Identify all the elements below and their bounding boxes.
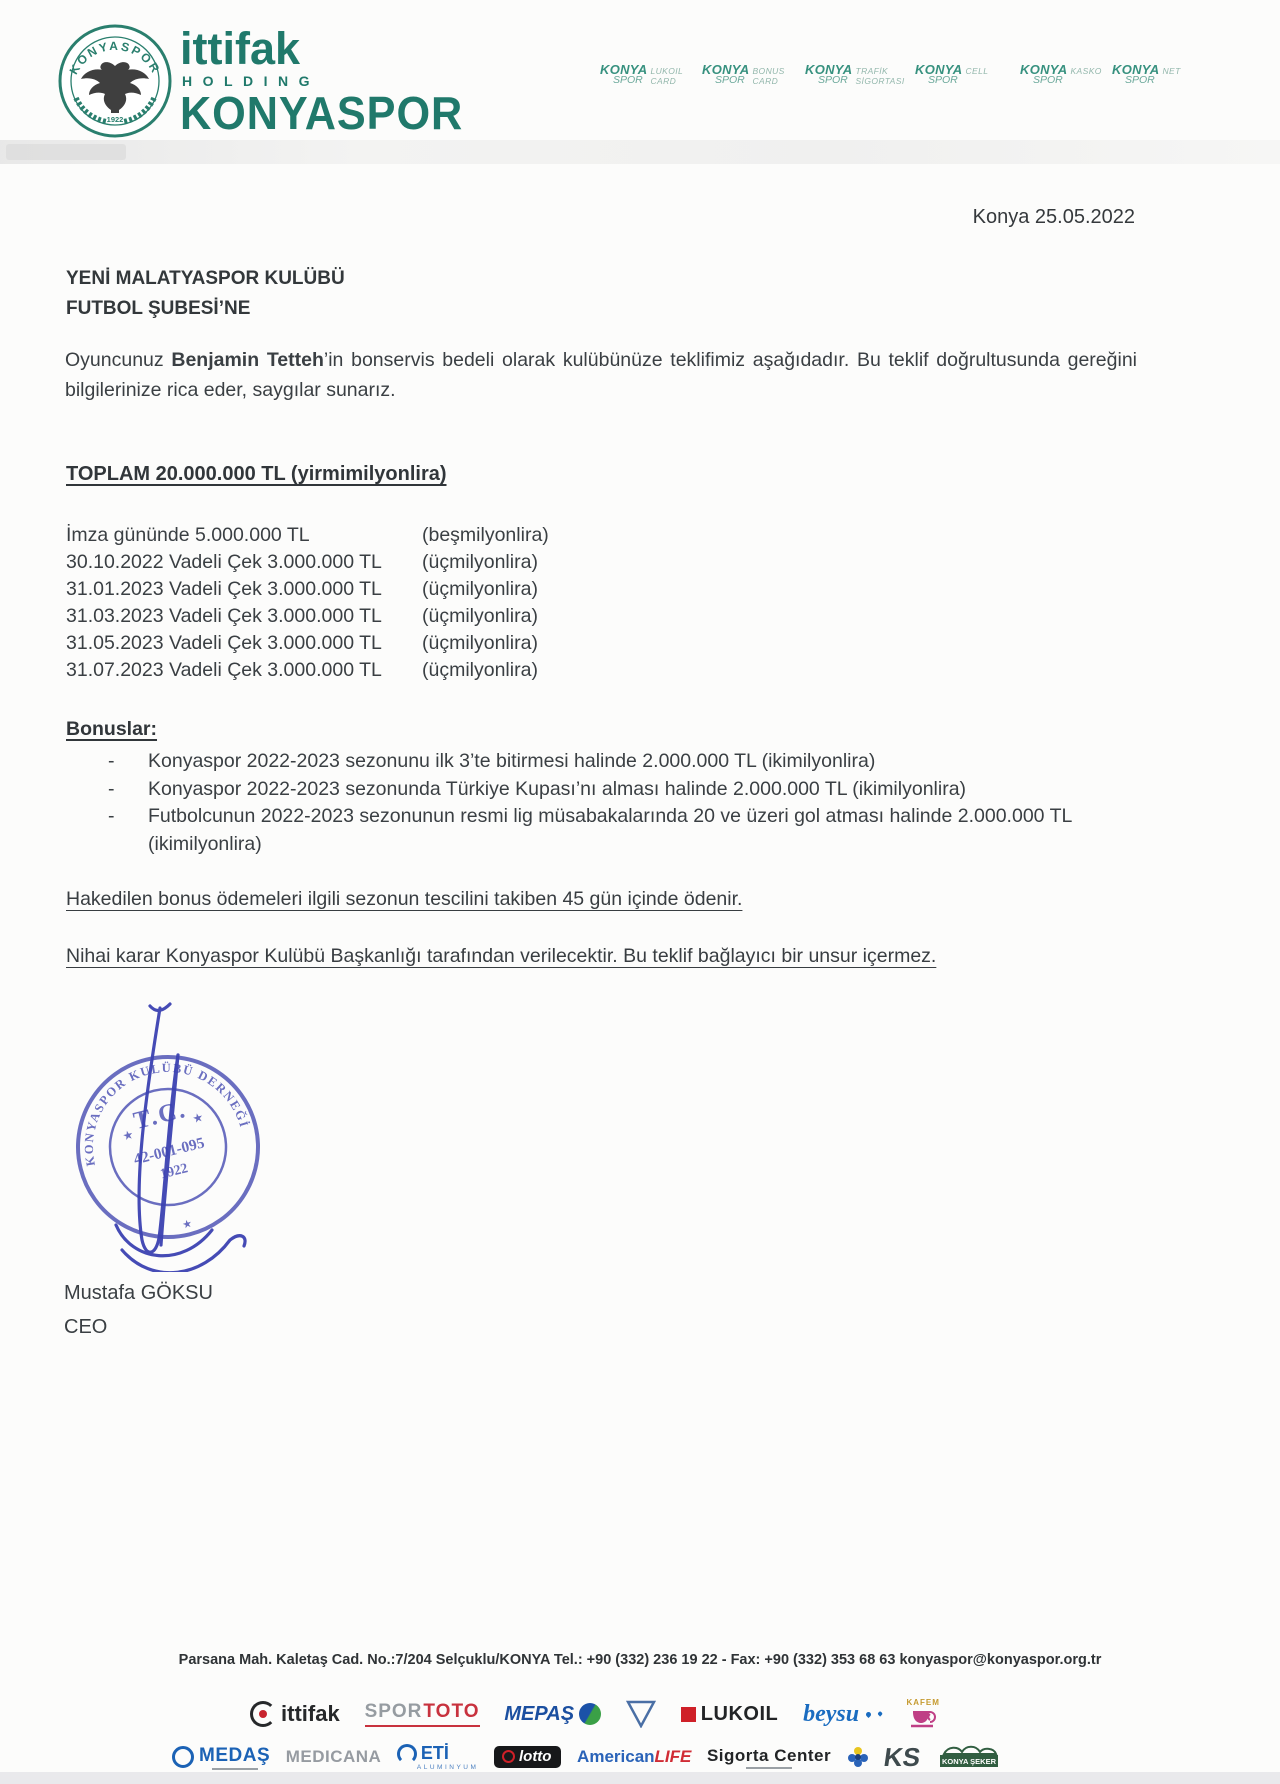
signature-block: Mustafa GÖKSU CEO bbox=[64, 1276, 213, 1344]
schedule-words: (üçmilyonlira) bbox=[422, 603, 538, 630]
schedule-amount: İmza gününde 5.000.000 TL bbox=[66, 522, 422, 549]
scan-artifact-smudge bbox=[6, 144, 126, 160]
payment-schedule: İmza gününde 5.000.000 TL(beşmilyonlira)… bbox=[66, 522, 549, 684]
brand-ittifak: ittifak bbox=[180, 26, 481, 71]
bonus-heading: Bonuslar: bbox=[66, 718, 157, 741]
medas-subline bbox=[212, 1768, 258, 1770]
stamp-star-bottom: ★ bbox=[181, 1218, 194, 1232]
mark-tag2: CARD bbox=[650, 76, 683, 86]
crest-year: 1922 bbox=[107, 115, 124, 124]
sigorta-center-text: Sigorta Center bbox=[707, 1746, 831, 1766]
eti-text: ETİ bbox=[421, 1743, 449, 1764]
mepas-globe-icon bbox=[579, 1703, 601, 1725]
addressee-line-2: FUTBOL ŞUBESİ’NE bbox=[66, 294, 345, 324]
schedule-amount: 31.01.2023 Vadeli Çek 3.000.000 TL bbox=[66, 576, 422, 603]
kafem-logo: KAFEM bbox=[906, 1698, 939, 1730]
schedule-row: 30.10.2022 Vadeli Çek 3.000.000 TL(üçmil… bbox=[66, 549, 549, 576]
bullet-dash: - bbox=[108, 748, 148, 776]
scanned-letter-page: KONYASPOR 1922 ittifak HOLDING KONYASPOR… bbox=[0, 0, 1280, 1784]
sportoto-spor-text: SPOR bbox=[365, 1701, 423, 1723]
schedule-amount: 31.05.2023 Vadeli Çek 3.000.000 TL bbox=[66, 630, 422, 657]
sigorta-center-logo: Sigorta Center bbox=[707, 1746, 831, 1769]
mark-sub: SPOR bbox=[1033, 75, 1067, 86]
medas-logo: MEDAŞ bbox=[172, 1745, 270, 1770]
bonus-item: -Konyaspor 2022-2023 sezonunu ilk 3’te b… bbox=[66, 748, 1140, 776]
signer-title: CEO bbox=[64, 1310, 213, 1344]
footer-sponsors-row-2: MEDAŞ MEDICANA ETİ ALUMINYUM lotto Ameri… bbox=[172, 1740, 1002, 1774]
mark-tag2: SİGORTASI bbox=[855, 76, 904, 86]
schedule-words: (üçmilyonlira) bbox=[422, 630, 538, 657]
bonus-item: -Futbolcunun 2022-2023 sezonunun resmi l… bbox=[66, 803, 1140, 858]
eti-aluminyum-logo: ETİ ALUMINYUM bbox=[397, 1743, 479, 1771]
mark-tag2: CELL bbox=[965, 66, 988, 76]
bullet-dash: - bbox=[108, 803, 148, 858]
stamp-star-right: ★ bbox=[191, 1110, 205, 1126]
player-name: Benjamin Tetteh bbox=[171, 349, 324, 371]
triangle-icon bbox=[626, 1700, 656, 1728]
schedule-row: 31.07.2023 Vadeli Çek 3.000.000 TL(üçmil… bbox=[66, 657, 549, 684]
konyaspor-lukoil-card-mark: KONYASPOR LUKOILCARD bbox=[600, 64, 683, 86]
ks-monogram-logo: KS bbox=[884, 1742, 920, 1773]
mark-sub: SPOR bbox=[715, 75, 749, 86]
mark-tag2: CARD bbox=[752, 76, 784, 86]
lukoil-text: LUKOIL bbox=[701, 1703, 778, 1726]
stamp-star-left: ★ bbox=[121, 1127, 135, 1143]
konyaspor-trafik-sigortasi-mark: KONYASPOR TRAFİKSİGORTASI bbox=[805, 64, 905, 86]
konyaspor-net-mark: KONYASPOR NET bbox=[1112, 64, 1181, 86]
addressee-line-1: YENİ MALATYASPOR KULÜBÜ bbox=[66, 264, 345, 294]
final-decision-note: Nihai karar Konyaspor Kulübü Başkanlığı … bbox=[66, 945, 936, 968]
konya-seker-icon: KONYA ŞEKER bbox=[936, 1744, 1002, 1770]
sportoto-toto-text: TOTO bbox=[423, 1701, 479, 1723]
american-life-logo: AmericanLIFE bbox=[577, 1747, 691, 1767]
mark-tag1: BONUS bbox=[752, 66, 784, 76]
konya-seker-logo: KONYA ŞEKER bbox=[936, 1744, 1002, 1770]
bullet-dash: - bbox=[108, 776, 148, 804]
konyaspor-crest-logo: KONYASPOR 1922 bbox=[56, 22, 174, 140]
schedule-row: 31.01.2023 Vadeli Çek 3.000.000 TL(üçmil… bbox=[66, 576, 549, 603]
total-heading: TOPLAM 20.000.000 TL (yirmimilyonlira) bbox=[66, 463, 447, 486]
schedule-words: (üçmilyonlira) bbox=[422, 549, 538, 576]
beysu-logo: beysu bbox=[803, 1701, 882, 1728]
kafem-text: KAFEM bbox=[906, 1698, 939, 1707]
mark-sub: SPOR bbox=[1125, 75, 1159, 86]
life-text: LIFE bbox=[655, 1747, 692, 1767]
bonus-list: -Konyaspor 2022-2023 sezonunu ilk 3’te b… bbox=[66, 748, 1140, 858]
mark-tag1: LUKOIL bbox=[650, 66, 683, 76]
sigorta-subline bbox=[746, 1767, 792, 1769]
mark-tag2: NET bbox=[1162, 66, 1180, 76]
ittifak-text: ittifak bbox=[281, 1701, 340, 1727]
beysu-text: beysu bbox=[803, 1701, 859, 1728]
konyaspor-cell-mark: KONYASPOR CELL bbox=[915, 64, 988, 86]
ittifak-holding-konyaspor-wordmark: ittifak HOLDING KONYASPOR bbox=[180, 26, 481, 136]
schedule-words: (beşmilyonlira) bbox=[422, 522, 549, 549]
konyaspor-kasko-mark: KONYASPOR KASKO bbox=[1020, 64, 1102, 86]
american-text: American bbox=[577, 1747, 654, 1767]
footer-address: Parsana Mah. Kaletaş Cad. No.:7/204 Selç… bbox=[0, 1652, 1280, 1668]
flower-icon bbox=[847, 1745, 869, 1769]
mark-tag1: TRAFİK bbox=[855, 66, 904, 76]
body-paragraph: Oyuncunuz Benjamin Tetteh’in bonservis b… bbox=[65, 346, 1137, 405]
mark-sub: SPOR bbox=[818, 75, 852, 86]
schedule-row: 31.03.2023 Vadeli Çek 3.000.000 TL(üçmil… bbox=[66, 603, 549, 630]
footer-sponsors-row-1: ittifak SPORTOTO MEPAŞ LUKOIL beysu KAFE… bbox=[250, 1692, 940, 1736]
ittifak-logo: ittifak bbox=[250, 1701, 340, 1727]
konya-seker-text: KONYA ŞEKER bbox=[942, 1757, 997, 1766]
medas-circle-icon bbox=[172, 1746, 194, 1768]
schedule-words: (üçmilyonlira) bbox=[422, 657, 538, 684]
mark-tag2: KASKO bbox=[1070, 66, 1101, 76]
brand-konyaspor: KONYASPOR bbox=[180, 90, 463, 136]
eti-subtext: ALUMINYUM bbox=[417, 1764, 479, 1771]
coffee-cup-icon bbox=[908, 1708, 938, 1730]
schedule-amount: 31.03.2023 Vadeli Çek 3.000.000 TL bbox=[66, 603, 422, 630]
konyaspor-bonus-card-mark: KONYASPOR BONUSCARD bbox=[702, 64, 785, 86]
rosette-logo bbox=[847, 1745, 869, 1769]
schedule-amount: 30.10.2022 Vadeli Çek 3.000.000 TL bbox=[66, 549, 422, 576]
mepas-logo: MEPAŞ bbox=[504, 1703, 601, 1726]
lotto-text: lotto bbox=[519, 1748, 551, 1765]
lukoil-square-icon bbox=[681, 1707, 696, 1722]
mark-sub: SPOR bbox=[928, 75, 962, 86]
mark-sub: SPOR bbox=[613, 75, 647, 86]
bonus-item-text: Konyaspor 2022-2023 sezonunu ilk 3’te bi… bbox=[148, 748, 1140, 776]
medicana-text: MEDICANA bbox=[286, 1747, 382, 1767]
water-drop-icon bbox=[865, 1710, 872, 1717]
medas-text: MEDAŞ bbox=[199, 1745, 270, 1767]
schedule-row: 31.05.2023 Vadeli Çek 3.000.000 TL(üçmil… bbox=[66, 630, 549, 657]
bonus-item-text: Futbolcunun 2022-2023 sezonunun resmi li… bbox=[148, 803, 1140, 858]
water-drop-icon bbox=[877, 1712, 882, 1717]
schedule-words: (üçmilyonlira) bbox=[422, 576, 538, 603]
schedule-amount: 31.07.2023 Vadeli Çek 3.000.000 TL bbox=[66, 657, 422, 684]
lukoil-logo: LUKOIL bbox=[681, 1703, 778, 1726]
schedule-row: İmza gününde 5.000.000 TL(beşmilyonlira) bbox=[66, 522, 549, 549]
eti-circle-icon bbox=[397, 1744, 417, 1764]
lotto-circle-icon bbox=[502, 1750, 515, 1763]
lotto-logo: lotto bbox=[494, 1746, 561, 1768]
stamp-tc-text: T.C. bbox=[131, 1096, 189, 1135]
ittifak-dot-icon bbox=[259, 1710, 267, 1718]
body-text-pre: Oyuncunuz bbox=[65, 349, 171, 371]
letter-date: Konya 25.05.2022 bbox=[973, 206, 1135, 229]
medicana-logo: MEDICANA bbox=[286, 1747, 382, 1767]
scan-artifact-band-top bbox=[0, 140, 1280, 164]
triangle-logo bbox=[626, 1700, 656, 1728]
bonus-payment-note: Hakedilen bonus ödemeleri ilgili sezonun… bbox=[66, 888, 742, 911]
ks-text: KS bbox=[882, 1742, 922, 1773]
bonus-item: -Konyaspor 2022-2023 sezonunda Türkiye K… bbox=[66, 776, 1140, 804]
bonus-item-text: Konyaspor 2022-2023 sezonunda Türkiye Ku… bbox=[148, 776, 1140, 804]
ittifak-ring-icon bbox=[250, 1701, 276, 1727]
signer-name: Mustafa GÖKSU bbox=[64, 1276, 213, 1310]
club-stamp-and-signature: KONYASPOR KULÜBÜ DERNEĞİ T.C. ★ ★ 42-001… bbox=[60, 1000, 285, 1272]
addressee-block: YENİ MALATYASPOR KULÜBÜ FUTBOL ŞUBESİ’NE bbox=[66, 264, 345, 324]
spor-toto-logo: SPORTOTO bbox=[365, 1701, 480, 1727]
brand-holding: HOLDING bbox=[182, 74, 481, 88]
mepas-text: MEPAŞ bbox=[504, 1703, 574, 1726]
